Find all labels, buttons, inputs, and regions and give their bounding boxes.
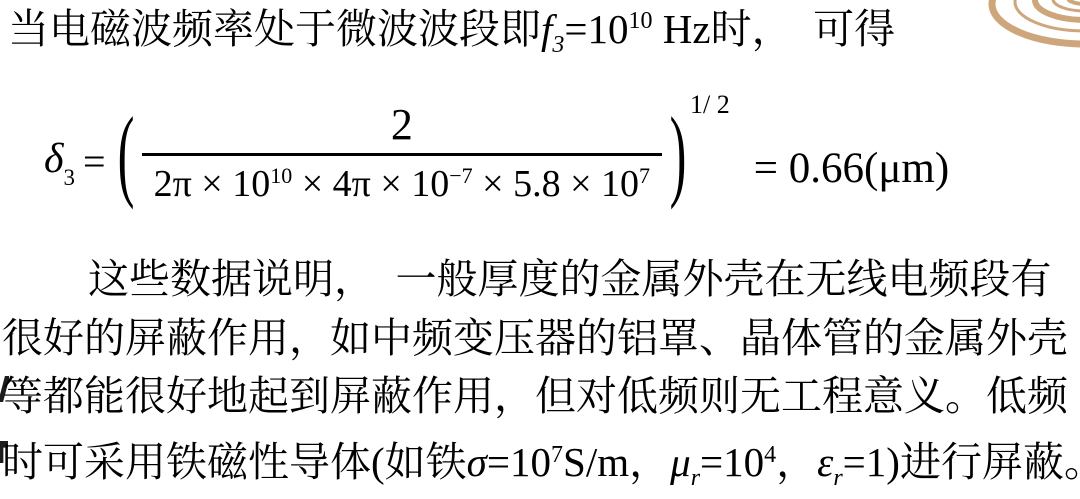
skin-depth-formula: δ3 = ( 2 2π × 1010 × 4π × 10−7 × 5.8 × 1… <box>44 90 949 220</box>
epsilon-symbol: ε <box>817 439 833 485</box>
exponent: −7 <box>449 163 472 188</box>
frequency-subscript: 3 <box>552 32 564 58</box>
sigma-value: =10 <box>487 439 551 485</box>
swirl-arc-inner <box>1068 0 1080 4</box>
open-paren: ( <box>117 103 134 206</box>
body-paragraph: 这些数据说明， 一般厚度的金属外壳在无线电频段有 很好的屏蔽作用，如中频变压器的… <box>0 250 1080 499</box>
fraction: 2 2π × 1010 × 4π × 10−7 × 5.8 × 107 <box>142 101 662 209</box>
fraction-denominator: 2π × 1010 × 4π × 10−7 × 5.8 × 107 <box>142 153 662 209</box>
mu-symbol: μ <box>670 439 691 485</box>
power-exponent: 1/ 2 <box>690 90 730 120</box>
paragraph-line-2: 很好的屏蔽作用，如中频变压器的铝罩、晶体管的金属外壳 <box>0 309 1080 368</box>
delta-subscript: 3 <box>64 165 76 190</box>
paragraph-line-4: 时可采用铁磁性导体(如铁σ=107S/m，μr=104，εr=1)进行屏蔽。 <box>0 426 1080 499</box>
frequency-variable: f <box>541 6 552 52</box>
mu-exponent: 4 <box>764 442 776 468</box>
mu-comma: ， <box>776 439 817 485</box>
formula-result: = 0.66(μm) <box>754 144 949 193</box>
mu-subscript: r <box>691 465 700 491</box>
epsilon-subscript: r <box>833 465 842 491</box>
corner-swirl-icon <box>988 0 1080 48</box>
close-paren: ) <box>670 103 687 206</box>
line4-suffix: 进行屏蔽。 <box>900 439 1080 485</box>
line4-prefix: 时可采用铁磁性导体(如铁 <box>2 439 467 485</box>
frequency-exponent: 10 <box>629 8 653 34</box>
slide-background: 当电磁波频率处于微波波段即f3=1010 Hz时， 可得 δ3 = ( 2 2π… <box>0 0 1080 499</box>
sigma-unit: S/m， <box>563 439 670 485</box>
sigma-exponent: 7 <box>551 442 563 468</box>
frequency-value: =10 <box>564 6 628 52</box>
equals-sign: = <box>83 138 106 185</box>
exponent: 10 <box>270 163 292 188</box>
epsilon-value: =1) <box>843 439 900 485</box>
mu-value: =10 <box>700 439 764 485</box>
paragraph-line-1: 这些数据说明， 一般厚度的金属外壳在无线电频段有 <box>0 250 1080 309</box>
sigma-symbol: σ <box>467 439 487 485</box>
exponent: 7 <box>639 163 650 188</box>
intro-line: 当电磁波频率处于微波波段即f3=1010 Hz时， 可得 <box>8 4 895 60</box>
paragraph-line-3: 等都能很好地起到屏蔽作用，但对低频则无工程意义。低频 <box>0 367 1080 426</box>
intro-suffix: Hz时， 可得 <box>653 6 896 52</box>
fraction-numerator: 2 <box>391 101 413 153</box>
delta-symbol: δ3 <box>44 135 75 191</box>
intro-prefix: 当电磁波频率处于微波波段即 <box>8 6 541 52</box>
